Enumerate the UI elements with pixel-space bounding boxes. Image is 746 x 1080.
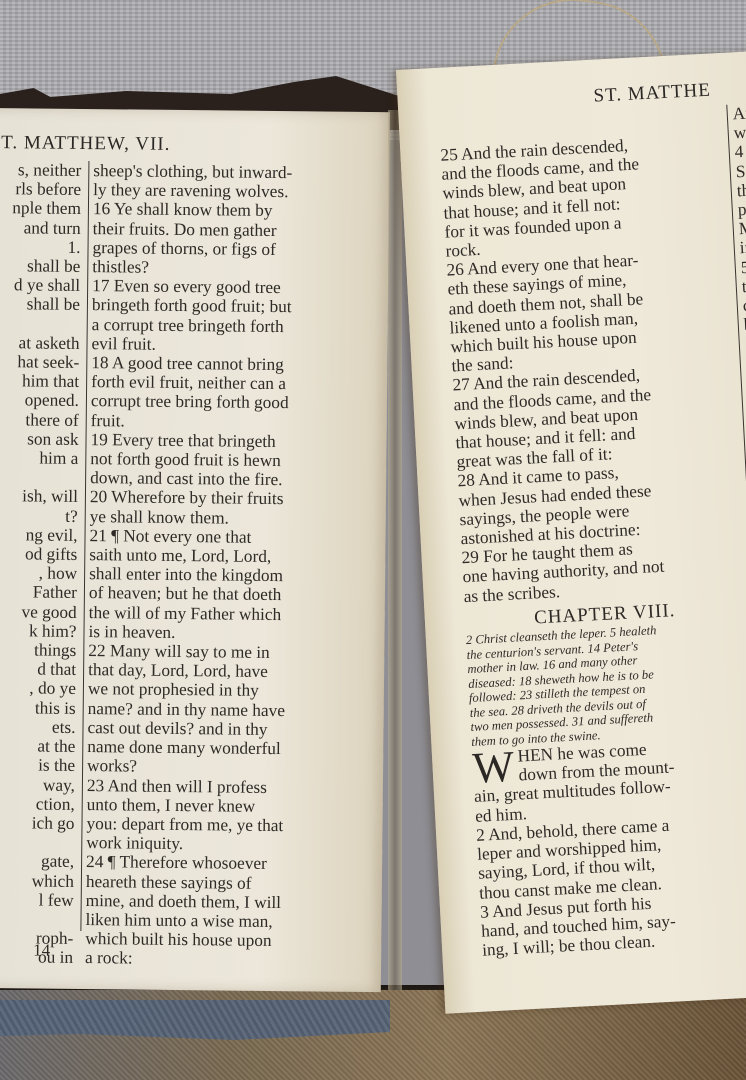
text-line: ly they are ravening wolves.	[93, 180, 333, 202]
page-number-left: 14	[33, 940, 50, 960]
text-line: nple them	[1, 199, 81, 219]
text-line: fruit.	[91, 411, 331, 433]
running-head-right: ST. MATTHE	[593, 80, 711, 108]
text-line: shall be	[0, 256, 80, 276]
text-line: him a	[0, 448, 78, 468]
text-line: things	[0, 640, 76, 660]
text-line: sheep's clothing, but inward-	[93, 161, 333, 183]
text-line: ca	[742, 294, 746, 315]
text-line: bringeth forth good fruit; but	[92, 296, 332, 318]
text-line: 18 A good tree cannot bring	[91, 353, 331, 375]
text-line: Ar	[732, 102, 746, 123]
chapter-summary: 2 Christ cleanseth the leper. 5 healetht…	[466, 619, 746, 749]
text-line: 20 Wherefore by their fruits	[90, 488, 330, 510]
text-line: evil fruit.	[91, 334, 331, 356]
text-line: 4	[734, 141, 746, 162]
text-line: corrupt tree bring forth good	[91, 392, 331, 414]
text-line: is in heaven.	[88, 622, 328, 644]
text-line: k him?	[0, 621, 77, 641]
text-line: name? and in thy name have	[88, 699, 328, 721]
text-line: hat seek-	[0, 352, 79, 372]
text-line: this is	[0, 698, 76, 718]
text-line: 24 ¶ Therefore whosoever	[86, 852, 326, 874]
text-line: which built his house upon	[85, 929, 325, 951]
text-line: works?	[87, 756, 327, 778]
text-line: saith unto me, Lord, Lord,	[89, 545, 329, 567]
text-line: a corrupt tree bringeth forth	[92, 315, 332, 337]
text-line: and turn	[1, 218, 81, 238]
text-line: , how	[0, 563, 77, 583]
text-line: ction,	[0, 794, 75, 814]
text-line: 23 And then will I profess	[87, 776, 327, 798]
left-partial-column: s, neitherrls beforenple themand turn1.s…	[0, 160, 81, 967]
text-line: t?	[0, 506, 78, 526]
text-line: you: depart from me, ye that	[86, 814, 326, 836]
text-line	[0, 909, 74, 929]
text-line: that day, Lord, Lord, have	[88, 660, 328, 682]
text-line: unto them, I never knew	[87, 795, 327, 817]
text-line: , do ye	[0, 679, 76, 699]
text-line: way,	[0, 775, 75, 795]
text-line: shall be	[0, 295, 80, 315]
text-line: we not prophesied in thy	[88, 680, 328, 702]
text-line: grapes of thorns, or figs of	[92, 238, 332, 260]
text-line	[0, 314, 80, 334]
text-line: ye shall know them.	[90, 507, 330, 529]
text-line: heareth these sayings of	[86, 872, 326, 894]
text-line: te	[741, 275, 746, 296]
text-line: son ask	[0, 429, 79, 449]
text-line: ve good	[0, 602, 77, 622]
text-line: cast out devils? and in thy	[87, 718, 327, 740]
text-line: 16 Ye shall know them by	[93, 199, 333, 221]
text-line: at asketh	[0, 333, 80, 353]
text-line: 19 Every tree that bringeth	[90, 430, 330, 452]
text-line: ng evil,	[0, 525, 78, 545]
text-line: at the	[0, 736, 75, 756]
frayed-blue-binding	[0, 1000, 390, 1040]
text-line: th	[736, 179, 746, 200]
text-line: Father	[0, 583, 77, 603]
book-gutter	[388, 110, 402, 990]
text-line: a rock:	[85, 948, 325, 970]
text-line: 17 Even so every good tree	[92, 276, 332, 298]
text-line: the will of my Father which	[89, 603, 329, 625]
text-line: him that	[0, 371, 79, 391]
text-line: mine, and doeth them, I will	[86, 891, 326, 913]
left-page: ST. MATTHEW, VII. s, neitherrls beforenp…	[0, 108, 390, 992]
text-line: of heaven; but he that doeth	[89, 584, 329, 606]
text-line: there of	[0, 410, 79, 430]
text-line: in	[739, 237, 746, 258]
text-line: thistles?	[92, 257, 332, 279]
text-line: name done many wonderful	[87, 737, 327, 759]
text-line: ish, will	[0, 487, 78, 507]
text-line: d ye shall	[0, 275, 80, 295]
text-line: 22 Many will say to me in	[88, 641, 328, 663]
text-line: gate,	[0, 851, 74, 871]
text-line: ets.	[0, 717, 76, 737]
right-page: ST. MATTHE 25 And the rain descended,and…	[396, 50, 746, 1014]
text-line: is the	[0, 755, 75, 775]
text-line	[0, 832, 74, 852]
text-line: M	[738, 217, 746, 238]
text-line: work iniquity.	[86, 833, 326, 855]
right-main-column: 25 And the rain descended,and the floods…	[440, 131, 746, 960]
text-line: rls before	[1, 179, 81, 199]
drop-cap: W	[472, 749, 515, 787]
text-line: liken him unto a wise man,	[85, 910, 325, 932]
text-line: shall enter into the kingdom	[89, 564, 329, 586]
text-line: od gifts	[0, 544, 77, 564]
text-line: 21 ¶ Not every one that	[89, 526, 329, 548]
text-line	[0, 467, 78, 487]
text-line: d that	[0, 659, 76, 679]
left-main-column: sheep's clothing, but inward-ly they are…	[85, 161, 333, 970]
text-line: opened.	[0, 391, 79, 411]
running-head-left: ST. MATTHEW, VII.	[0, 132, 171, 156]
text-line: 5	[740, 256, 746, 277]
text-line: pr	[737, 198, 746, 219]
text-line: Se	[735, 160, 746, 181]
text-line: 1.	[0, 237, 80, 257]
text-line: their fruits. Do men gather	[93, 219, 333, 241]
text-line: forth evil fruit, neither can a	[91, 372, 331, 394]
text-line: which	[0, 871, 74, 891]
text-line: not forth good fruit is hewn	[90, 449, 330, 471]
text-line: down, and cast into the fire.	[90, 468, 330, 490]
text-line: ich go	[0, 813, 75, 833]
text-line: wa	[733, 122, 746, 143]
chapter-opening: W HEN he was comedown from the mount-ain…	[472, 734, 746, 960]
text-line: s, neither	[1, 160, 81, 180]
text-line: l few	[0, 890, 74, 910]
